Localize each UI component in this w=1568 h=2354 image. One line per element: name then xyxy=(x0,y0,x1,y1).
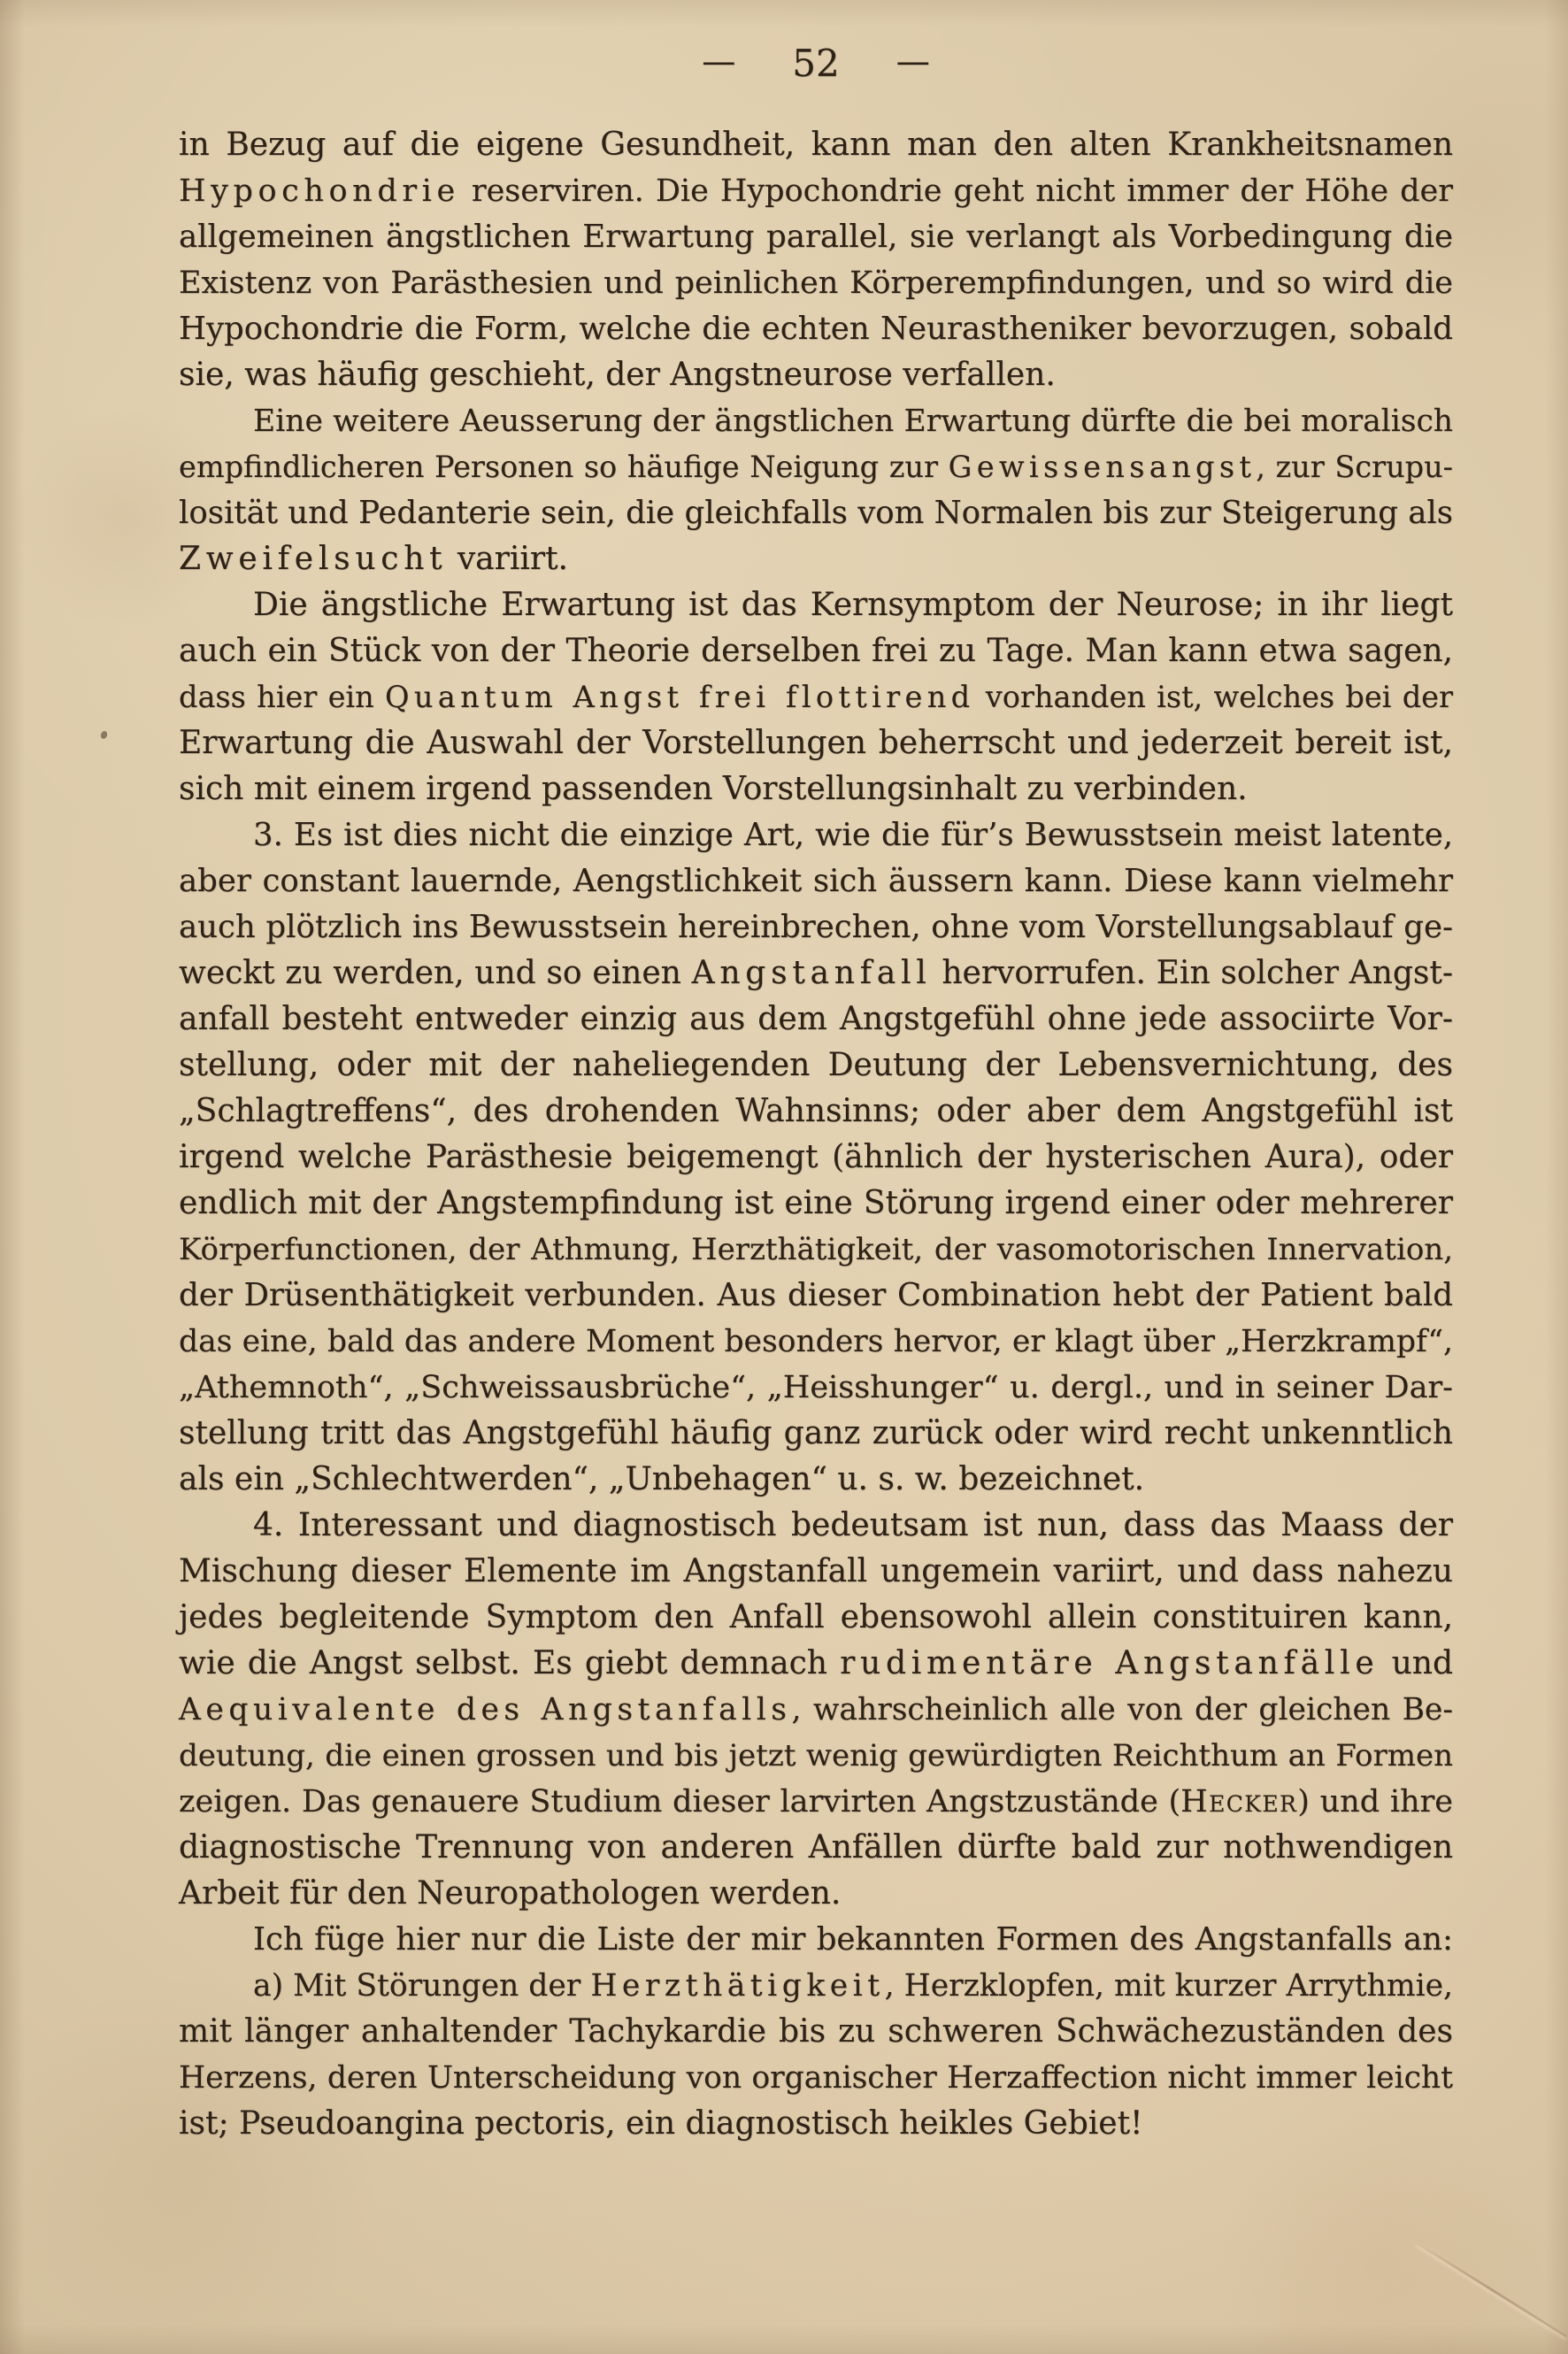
text-line: Erwartung die Auswahl der Vorstellungen … xyxy=(179,720,1453,766)
text-segment: endlich mit der Angstempfindung ist eine… xyxy=(179,1185,1453,1221)
text-segment: und xyxy=(1379,1645,1453,1681)
text-segment: auch plötzlich ins Bewusstsein hereinbre… xyxy=(179,909,1453,945)
text-line: anfall besteht entweder einzig aus dem A… xyxy=(179,996,1453,1042)
text-line: ist; Pseudoangina pectoris, ein diagnost… xyxy=(179,2101,1453,2147)
text-line: Hypochondrie reserviren. Die Hypochondri… xyxy=(179,168,1453,214)
text-segment: stellung, oder mit der naheliegenden Deu… xyxy=(179,1047,1453,1083)
text-segment: stellung tritt das Angstgefühl häufig ga… xyxy=(179,1415,1453,1451)
text-line: zeigen. Das genauere Studium dieser larv… xyxy=(179,1779,1453,1825)
spaced-emphasis-text: Herzthätigkeit xyxy=(590,1968,884,2004)
text-line: Eine weitere Aeusserung der ängstlichen … xyxy=(179,398,1453,444)
text-segment: a) Mit Störungen der xyxy=(253,1968,590,2004)
text-segment: auch ein Stück von der Theorie derselben… xyxy=(179,633,1453,669)
text-segment: sich mit einem irgend passenden Vorstell… xyxy=(179,771,1248,807)
body-text: in Bezug auf die eigene Gesundheit, kann… xyxy=(179,122,1453,2147)
text-line: auch ein Stück von der Theorie derselben… xyxy=(179,628,1453,674)
text-segment: losität und Pedanterie sein, die gleichf… xyxy=(179,495,1453,531)
text-segment: empfindlicheren Personen so häufige Neig… xyxy=(179,450,949,484)
text-line: losität und Pedanterie sein, die gleichf… xyxy=(179,490,1453,536)
text-segment: Existenz von Parästhesien und peinlichen… xyxy=(179,265,1453,301)
spaced-emphasis-text: Hypochondrie xyxy=(179,173,460,209)
text-line: als ein „Schlechtwerden“, „Unbehagen“ u.… xyxy=(179,1457,1453,1503)
text-line: 4. Interessant und diagnostisch bedeutsa… xyxy=(179,1503,1453,1549)
text-segment: sie, was häufig geschieht, der Angstneur… xyxy=(179,357,1056,393)
text-segment: Erwartung die Auswahl der Vorstellungen … xyxy=(179,725,1453,761)
text-segment: Hypochondrie die Form, welche die echten… xyxy=(179,311,1453,347)
text-line: auch plötzlich ins Bewusstsein hereinbre… xyxy=(179,904,1453,950)
text-segment: reserviren. Die Hypochondrie geht nicht … xyxy=(460,173,1453,209)
text-segment: , zur Scrupu- xyxy=(1256,450,1453,484)
text-segment: in Bezug auf die eigene Gesundheit, kann… xyxy=(179,127,1453,163)
text-segment: hervorrufen. Ein solcher Angst- xyxy=(932,955,1453,991)
text-line: irgend welche Parästhesie beigemengt (äh… xyxy=(179,1135,1453,1181)
spaced-emphasis-text: Zweifelsucht xyxy=(179,541,447,577)
text-line: diagnostische Trennung von anderen Anfäl… xyxy=(179,1825,1453,1871)
text-segment: 4. Interessant und diagnostisch bedeutsa… xyxy=(253,1507,1453,1543)
text-line: Herzens, deren Unterscheidung von organi… xyxy=(179,2055,1453,2101)
text-line: sie, was häufig geschieht, der Angstneur… xyxy=(179,352,1453,398)
text-segment: irgend welche Parästhesie beigemengt (äh… xyxy=(179,1139,1453,1175)
text-segment: Mischung dieser Elemente im Angstanfall … xyxy=(179,1553,1453,1589)
text-line: stellung tritt das Angstgefühl häufig ga… xyxy=(179,1411,1453,1457)
text-segment: mit länger anhaltender Tachykardie bis z… xyxy=(179,2013,1453,2050)
text-segment: , Herzklopfen, mit kurzer Arrythmie, xyxy=(885,1968,1453,2004)
text-line: a) Mit Störungen der Herzthätigkeit, Her… xyxy=(179,1963,1453,2009)
text-line: endlich mit der Angstempfindung ist eine… xyxy=(179,1181,1453,1227)
text-line: der Drüsenthätigkeit verbunden. Aus dies… xyxy=(179,1273,1453,1319)
text-segment: weckt zu werden, und so einen xyxy=(179,955,692,991)
text-segment: jedes begleitende Symptom den Anfall ebe… xyxy=(179,1599,1453,1635)
text-segment: dass hier ein xyxy=(179,680,385,714)
text-line: das eine, bald das andere Moment besonde… xyxy=(179,1319,1453,1365)
text-line: „Schlagtreffens“, des drohenden Wahnsinn… xyxy=(179,1089,1453,1135)
spaced-emphasis-text: rudimentäre Angstanfälle xyxy=(840,1645,1379,1681)
text-line: Existenz von Parästhesien und peinlichen… xyxy=(179,260,1453,306)
text-segment: das eine, bald das andere Moment besonde… xyxy=(179,1324,1453,1359)
text-segment: „Athemnoth“, „Schweissausbrüche“, „Heiss… xyxy=(179,1370,1453,1405)
text-line: dass hier ein Quantum Angst frei flottir… xyxy=(179,674,1453,720)
text-line: wie die Angst selbst. Es giebt demnach r… xyxy=(179,1641,1453,1687)
header-dash-right: — xyxy=(896,42,930,81)
text-segment: variirt. xyxy=(447,541,568,577)
scanned-book-page: — 52 — in Bezug auf die eigene Gesundhei… xyxy=(0,0,1568,2354)
text-segment: Arbeit für den Neuropathologen werden. xyxy=(179,1875,841,1912)
text-line: Mischung dieser Elemente im Angstanfall … xyxy=(179,1549,1453,1595)
text-segment: wie die Angst selbst. Es giebt demnach xyxy=(179,1645,840,1681)
text-line: Die ängstliche Erwartung ist das Kernsym… xyxy=(179,582,1453,628)
text-segment: allgemeinen ängstlichen Erwartung parall… xyxy=(179,219,1453,255)
text-line: weckt zu werden, und so einen Angstanfal… xyxy=(179,950,1453,996)
text-line: Aequivalente des Angstanfalls, wahrschei… xyxy=(179,1687,1453,1733)
text-segment: diagnostische Trennung von anderen Anfäl… xyxy=(179,1829,1453,1866)
text-segment: ) und ihre xyxy=(1297,1784,1453,1819)
spaced-emphasis-text: Aequivalente des Angstanfalls xyxy=(179,1692,792,1727)
text-segment: Die ängstliche Erwartung ist das Kernsym… xyxy=(253,587,1453,623)
text-line: allgemeinen ängstlichen Erwartung parall… xyxy=(179,214,1453,260)
spaced-emphasis-text: Gewissensangst xyxy=(949,450,1257,484)
text-segment: Eine weitere Aeusserung der ängstlichen … xyxy=(253,404,1453,439)
text-segment: Ich füge hier nur die Liste der mir beka… xyxy=(253,1921,1453,1958)
text-line: Arbeit für den Neuropathologen werden. xyxy=(179,1871,1453,1917)
text-line: mit länger anhaltender Tachykardie bis z… xyxy=(179,2009,1453,2055)
text-segment: Körperfunctionen, der Athmung, Herzthäti… xyxy=(179,1232,1453,1267)
text-segment: , wahrscheinlich alle von der gleichen B… xyxy=(792,1692,1454,1727)
text-segment: 3. Es ist dies nicht die einzige Art, wi… xyxy=(253,817,1453,853)
text-segment: ist; Pseudoangina pectoris, ein diagnost… xyxy=(179,2105,1143,2142)
spaced-emphasis-text: Angstanfall xyxy=(692,955,932,991)
text-line: Ich füge hier nur die Liste der mir beka… xyxy=(179,1917,1453,1963)
text-line: empfindlicheren Personen so häufige Neig… xyxy=(179,444,1453,490)
text-line: in Bezug auf die eigene Gesundheit, kann… xyxy=(179,122,1453,168)
text-line: jedes begleitende Symptom den Anfall ebe… xyxy=(179,1595,1453,1641)
text-line: sich mit einem irgend passenden Vorstell… xyxy=(179,766,1453,812)
text-line: stellung, oder mit der naheliegenden Deu… xyxy=(179,1042,1453,1089)
text-line: „Athemnoth“, „Schweissausbrüche“, „Heiss… xyxy=(179,1365,1453,1411)
text-line: deutung, die einen grossen und bis jetzt… xyxy=(179,1733,1453,1779)
text-line: Zweifelsucht variirt. xyxy=(179,536,1453,582)
page-number: 52 xyxy=(792,42,839,85)
text-line: Körperfunctionen, der Athmung, Herzthäti… xyxy=(179,1227,1453,1273)
spaced-emphasis-text: Quantum Angst frei flottirend xyxy=(385,680,974,714)
text-line: 3. Es ist dies nicht die einzige Art, wi… xyxy=(179,812,1453,858)
text-segment: deutung, die einen grossen und bis jetzt… xyxy=(179,1738,1453,1773)
text-line: Hypochondrie die Form, welche die echten… xyxy=(179,306,1453,352)
text-segment: zeigen. Das genauere Studium dieser larv… xyxy=(179,1784,1180,1819)
text-segment: als ein „Schlechtwerden“, „Unbehagen“ u.… xyxy=(179,1461,1144,1497)
smallcaps-name-text: Hecker xyxy=(1180,1784,1297,1819)
header-dash-left: — xyxy=(702,42,735,81)
text-line: aber constant lauernde, Aengstlichkeit s… xyxy=(179,858,1453,904)
text-segment: vorhanden ist, welches bei der xyxy=(974,680,1453,714)
page-header: — 52 — xyxy=(179,41,1453,85)
text-segment: Herzens, deren Unterscheidung von organi… xyxy=(179,2060,1453,2096)
text-segment: anfall besteht entweder einzig aus dem A… xyxy=(179,1001,1453,1037)
text-segment: aber constant lauernde, Aengstlichkeit s… xyxy=(179,863,1453,899)
text-segment: „Schlagtreffens“, des drohenden Wahnsinn… xyxy=(179,1093,1453,1129)
text-segment: der Drüsenthätigkeit verbunden. Aus dies… xyxy=(179,1277,1453,1313)
